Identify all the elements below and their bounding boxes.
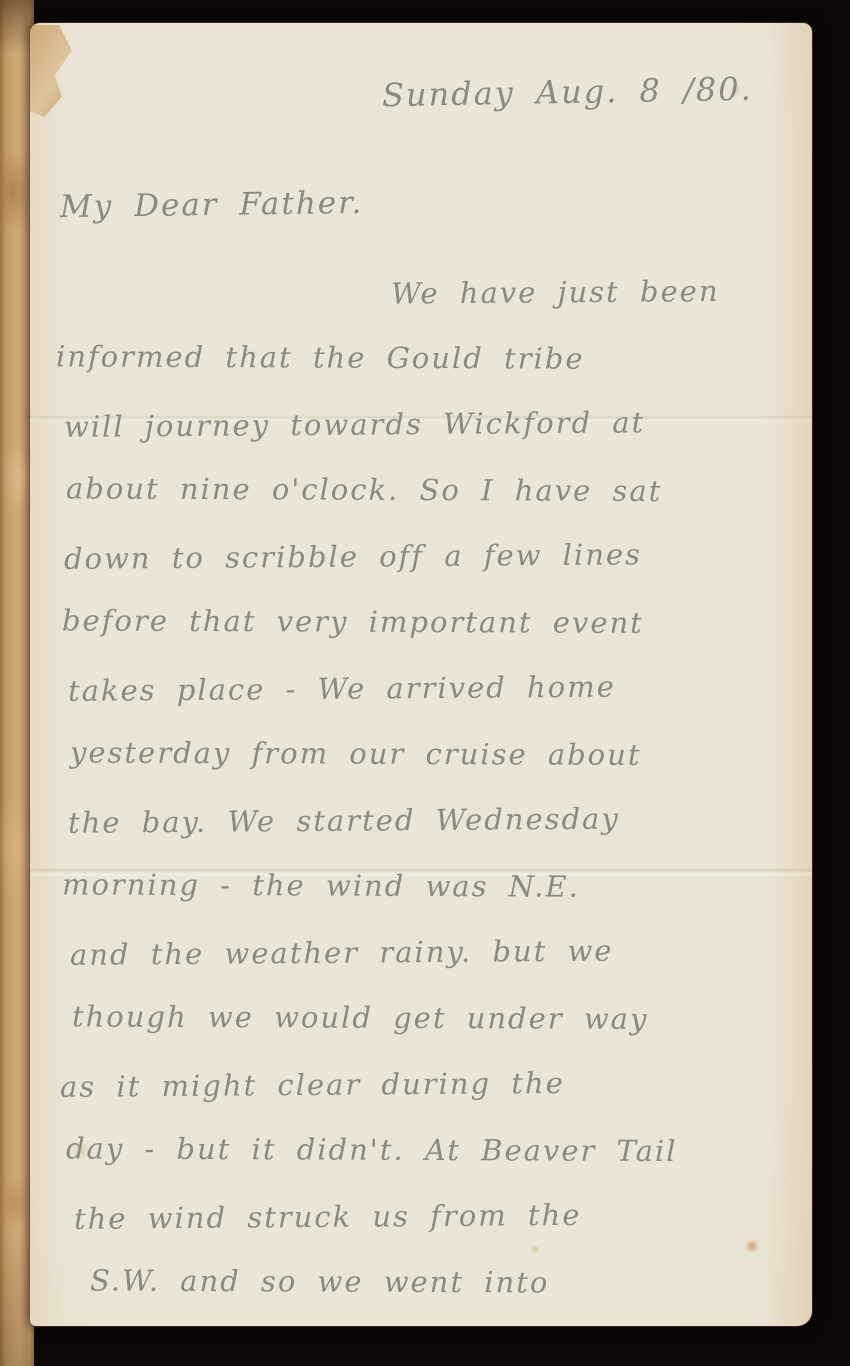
letter-line: and the weather rainy. but we — [70, 916, 796, 988]
letter-body: We have just been informed that the Goul… — [56, 259, 796, 1315]
letter-line: the wind struck us from the — [74, 1180, 796, 1252]
photo-background: Sunday Aug. 8 /80. My Dear Father. We ha… — [0, 0, 850, 1366]
letter-line: informed that the Gould tribe — [56, 323, 796, 392]
book-binding-edge — [0, 0, 34, 1366]
letter-salutation: My Dear Father. — [60, 185, 364, 225]
stain-spot — [70, 1143, 92, 1159]
letter-line: before that very important event — [62, 587, 796, 656]
letter-line: though we would get under way — [72, 983, 796, 1052]
letter-line: takes place - We arrived home — [68, 652, 796, 724]
letter-line: as it might clear during the — [60, 1048, 796, 1120]
stain-spot — [744, 1239, 760, 1253]
letter-line: down to scribble off a few lines — [64, 520, 796, 592]
letter-line: will journey towards Wickford at — [64, 388, 796, 460]
letter-line: yesterday from our cruise about — [70, 719, 796, 788]
letter-line: about nine o'clock. So I have sat — [66, 455, 796, 524]
letter-line: morning - the wind was N.E. — [62, 851, 796, 920]
letter-date: Sunday Aug. 8 /80. — [382, 70, 753, 114]
letter-line: We have just been — [391, 257, 797, 326]
letter-line: day - but it didn't. At Beaver Tail — [66, 1115, 796, 1184]
stain-spot — [530, 1245, 540, 1254]
letter-line: the bay. We started Wednesday — [68, 784, 796, 856]
letter-line: S.W. and so we went into — [90, 1247, 796, 1316]
letter-page: Sunday Aug. 8 /80. My Dear Father. We ha… — [30, 23, 812, 1326]
stain-spot — [730, 85, 742, 95]
torn-paper-fragment — [30, 25, 72, 117]
